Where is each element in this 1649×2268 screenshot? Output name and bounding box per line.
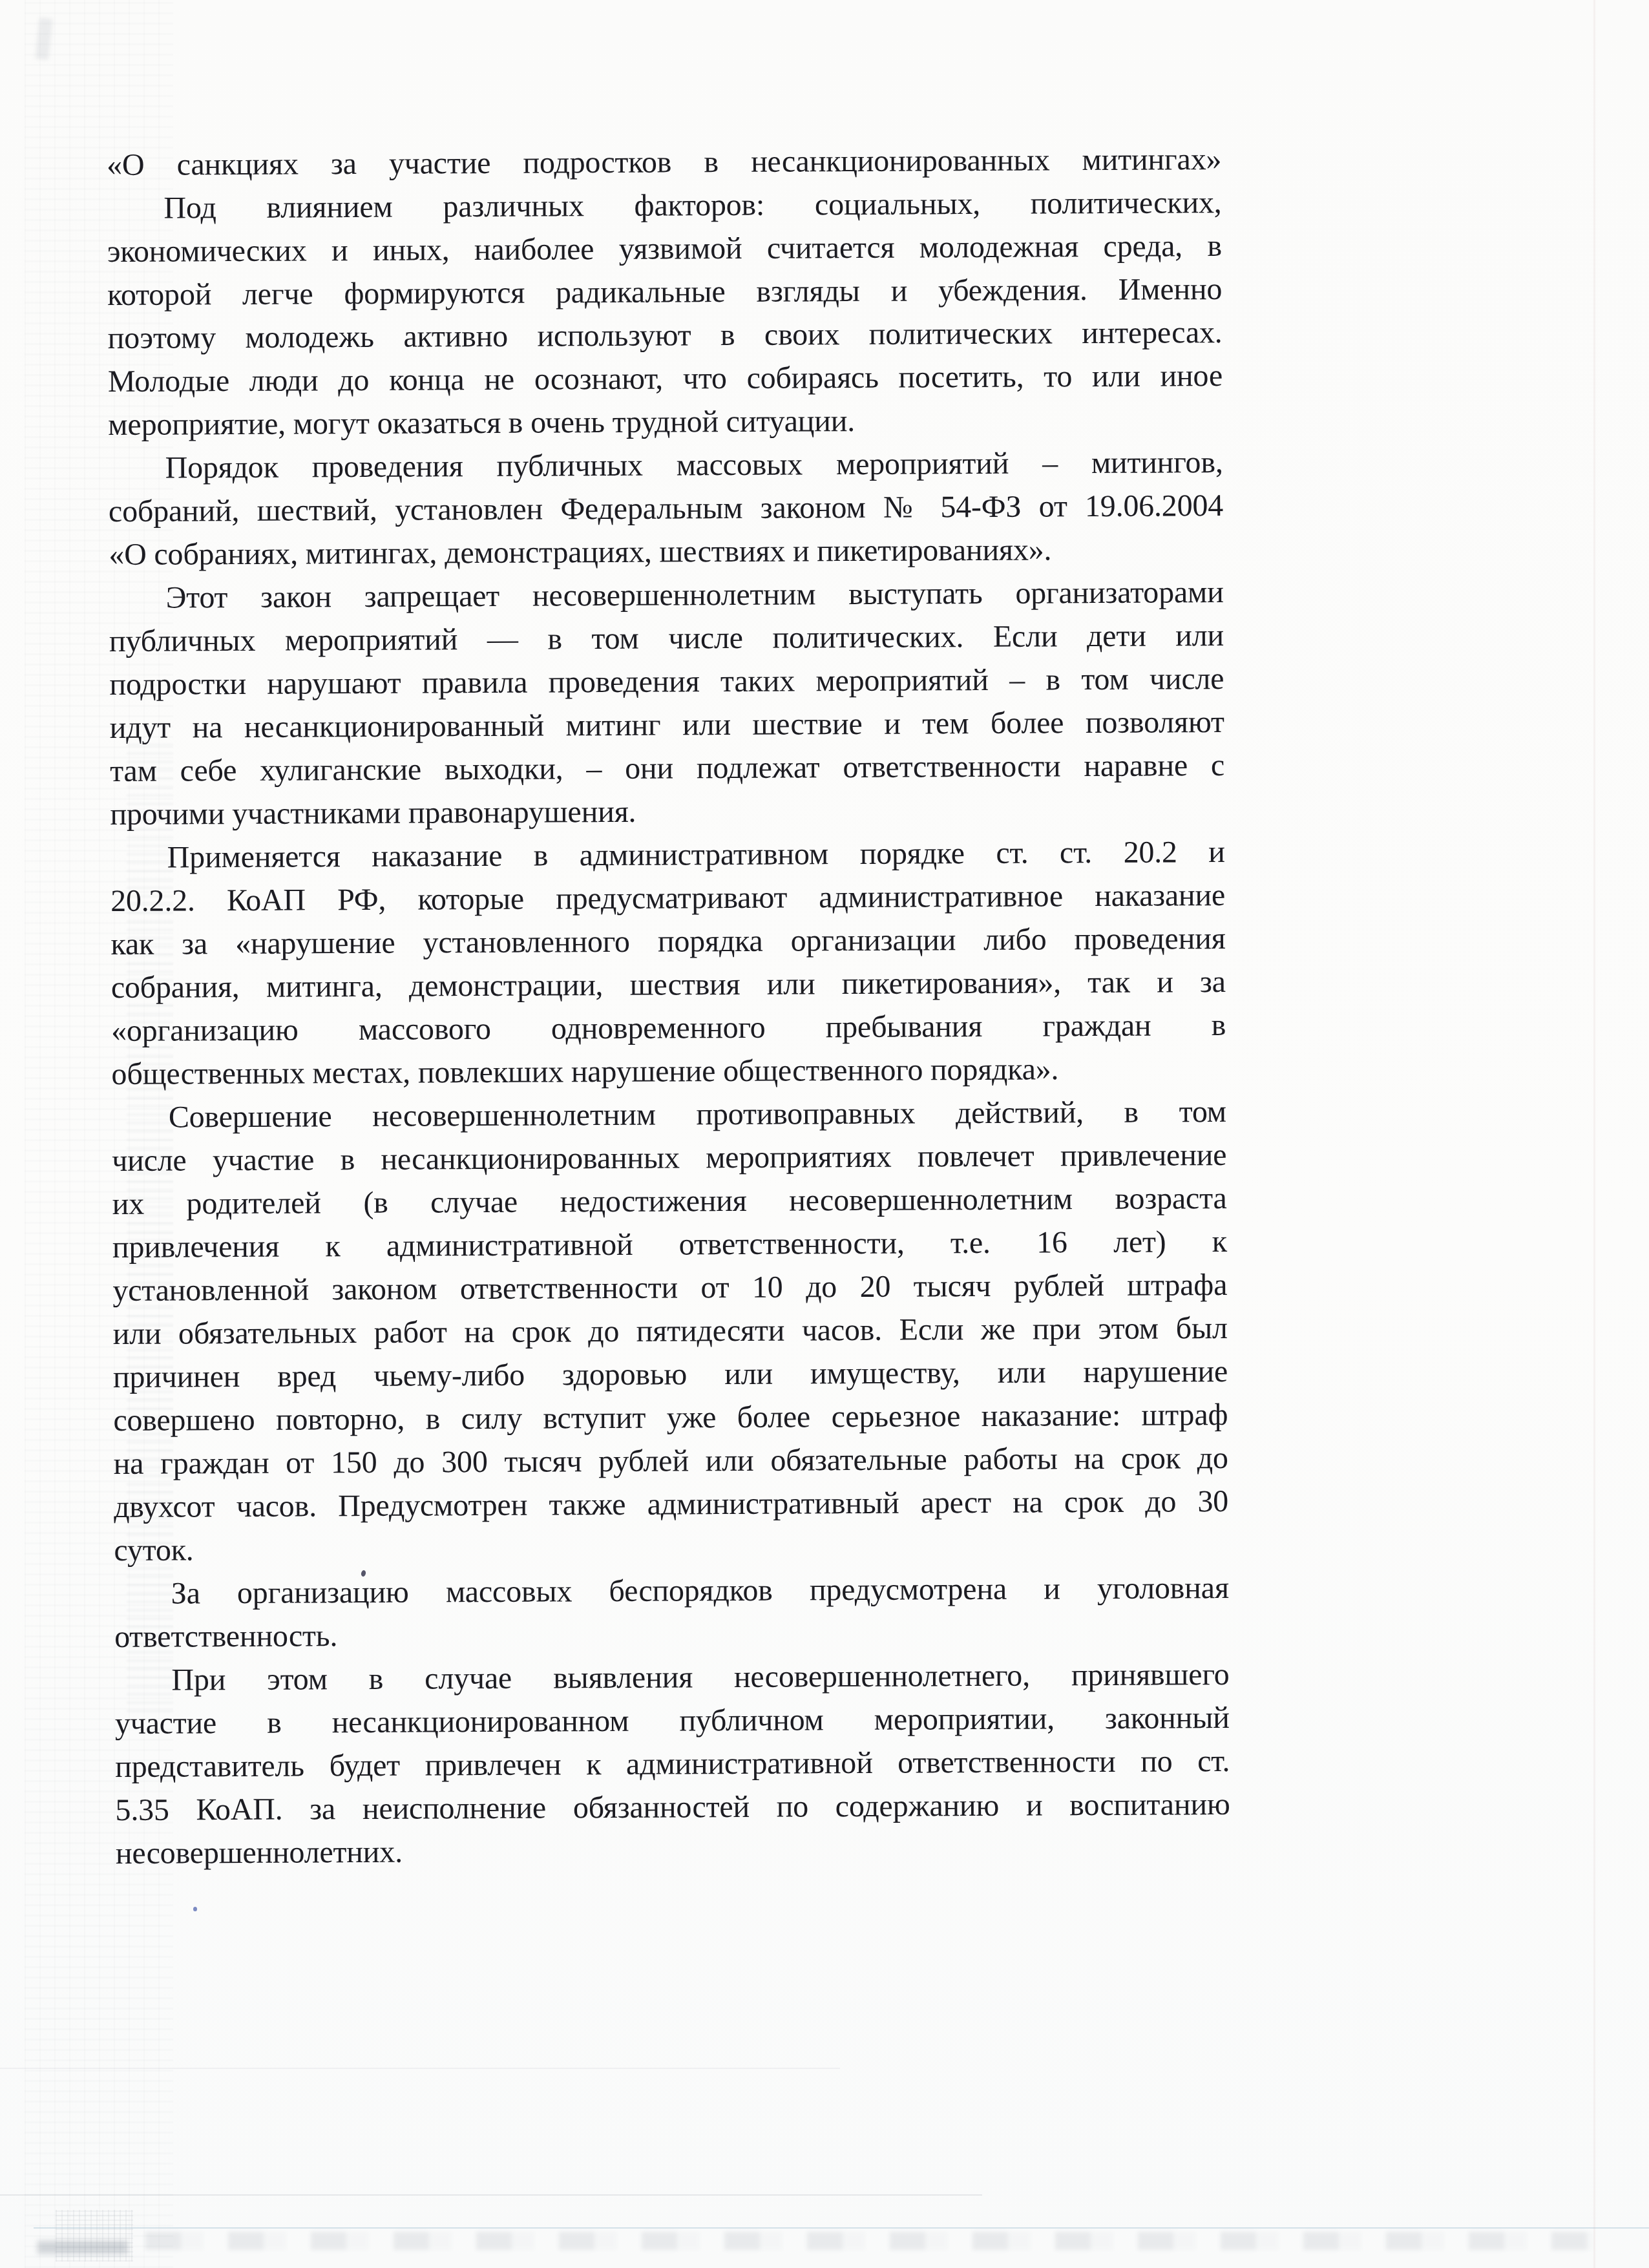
text-line: «О собраниях, митингах, демонстрациях, ш…	[109, 527, 1223, 576]
text-line: собрания, митинга, демонстрации, шествия…	[111, 960, 1226, 1009]
document-text: «О санкциях за участие подростков в неса…	[107, 138, 1230, 1875]
text-line: представитель будет привлечен к админист…	[115, 1739, 1230, 1789]
text-line: мероприятие, могут оказаться в очень тру…	[108, 397, 1223, 446]
text-line: общественных местах, повлекших нарушение…	[111, 1047, 1226, 1096]
text-line: Этот закон запрещает несовершеннолетним …	[109, 571, 1224, 620]
paragraph: Под влиянием различных факторов: социаль…	[107, 181, 1223, 446]
scan-ghost-text-fragment	[37, 2241, 128, 2254]
paragraph: Порядок проведения публичных массовых ме…	[108, 441, 1223, 576]
scan-ghost-line-faint	[0, 2068, 840, 2069]
text-line: как за «нарушение установленного порядка…	[110, 917, 1225, 966]
scan-smudge-top-left	[36, 17, 53, 60]
text-line: или обязательных работ на срок до пятиде…	[112, 1307, 1227, 1356]
paragraph: Применяется наказание в административном…	[110, 830, 1226, 1096]
text-line: совершено повторно, в силу вступит уже б…	[113, 1393, 1228, 1442]
text-line: 5.35 КоАП. за неисполнение обязанностей …	[115, 1783, 1230, 1832]
text-line: на граждан от 150 до 300 тысяч рублей ил…	[114, 1436, 1228, 1486]
scan-ghost-line-gray	[0, 2194, 982, 2196]
scan-ghost-text-band	[145, 2232, 1593, 2250]
text-line: Совершение несовершеннолетним противопра…	[112, 1090, 1226, 1139]
scan-right-edge-tint	[1593, 0, 1595, 2268]
scan-ghost-line-blue	[34, 2227, 1649, 2229]
document-title: «О санкциях за участие подростков в неса…	[107, 138, 1221, 187]
text-line: Порядок проведения публичных массовых ме…	[108, 441, 1223, 490]
text-line: 20.2.2. КоАП РФ, которые предусматривают…	[110, 874, 1225, 923]
text-line: несовершеннолетних.	[116, 1826, 1230, 1875]
scanned-page: { "document": { "background": "#fcfcfb",…	[0, 0, 1649, 2268]
text-line: которой легче формируются радикальные вз…	[107, 268, 1222, 317]
blue-ink-dot-artifact	[193, 1907, 197, 1911]
text-line: их родителей (в случае недостижения несо…	[112, 1177, 1226, 1226]
paragraph: При этом в случае выявления несовершенно…	[114, 1653, 1230, 1875]
text-line: суток.	[114, 1523, 1228, 1572]
text-line: При этом в случае выявления несовершенно…	[114, 1653, 1229, 1702]
text-line: привлечения к административной ответстве…	[112, 1220, 1227, 1269]
text-line: экономических и иных, наиболее уязвимой …	[107, 224, 1222, 273]
text-line: установленной законом ответственности от…	[112, 1263, 1227, 1312]
text-line: собраний, шествий, установлен Федеральны…	[109, 484, 1223, 533]
text-line: там себе хулиганские выходки, – они подл…	[110, 744, 1224, 793]
text-line: причинен вред чьему-либо здоровью или им…	[113, 1350, 1228, 1399]
text-line: идут на несанкционированный митинг или ш…	[110, 700, 1224, 750]
text-line: участие в несанкционированном публичном …	[115, 1696, 1230, 1745]
text-line: подростки нарушают правила проведения та…	[109, 657, 1224, 706]
text-line: прочими участниками правонарушения.	[110, 787, 1224, 836]
text-line: поэтому молодежь активно используют в св…	[107, 311, 1222, 360]
text-line: двухсот часов. Предусмотрен также админи…	[114, 1480, 1228, 1529]
scan-speckles-bottom-left	[56, 2210, 133, 2262]
text-line: Молодые люди до конца не осознают, что с…	[108, 354, 1223, 403]
text-line: Применяется наказание в административном…	[110, 830, 1225, 879]
text-line: ответственность.	[114, 1610, 1229, 1659]
paragraph: Этот закон запрещает несовершеннолетним …	[109, 571, 1225, 836]
text-line: Под влиянием различных факторов: социаль…	[107, 181, 1221, 230]
paragraph: За организацию массовых беспорядков пред…	[114, 1566, 1230, 1659]
text-line: «организацию массового одновременного пр…	[111, 1003, 1226, 1053]
text-line: публичных мероприятий — в том числе поли…	[109, 614, 1224, 663]
text-line: числе участие в несанкционированных меро…	[112, 1133, 1226, 1182]
paragraph: Совершение несовершеннолетним противопра…	[112, 1090, 1229, 1572]
document-page: «О санкциях за участие подростков в неса…	[0, 0, 1649, 2268]
text-line: За организацию массовых беспорядков пред…	[114, 1566, 1229, 1615]
